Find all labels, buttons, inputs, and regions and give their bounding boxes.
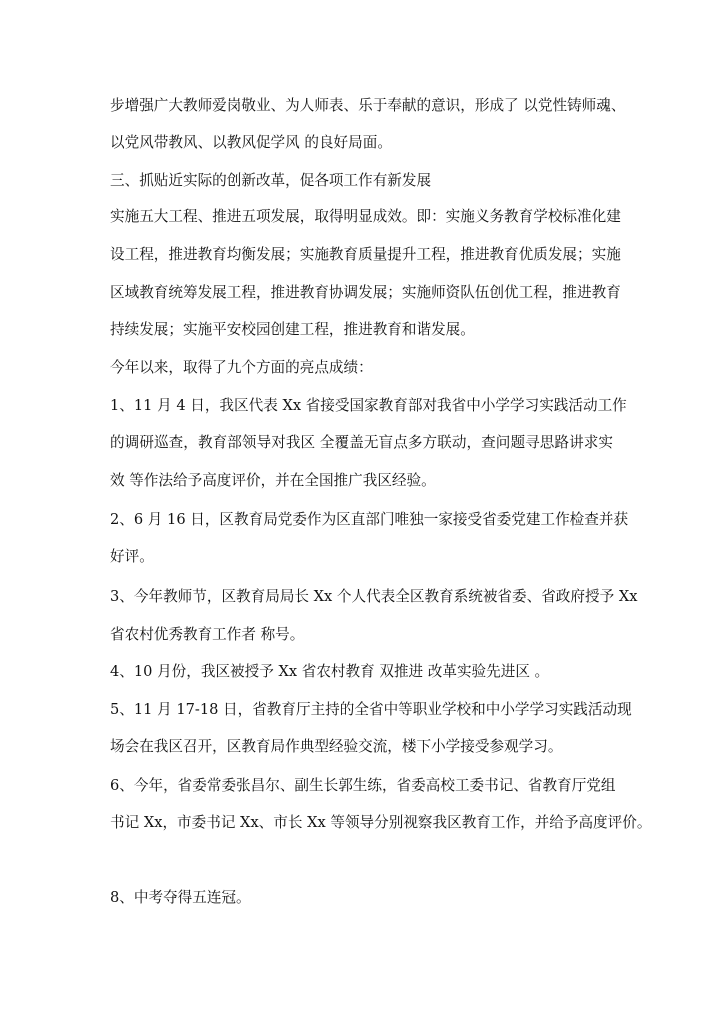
paragraph-line: 今年以来，取得了九个方面的亮点成绩： bbox=[110, 358, 373, 378]
list-item-6-line: 6、今年，省委常委张昌尔、副生长郭生练，省委高校工委书记、省教育厅党组 bbox=[110, 776, 613, 796]
list-item-6-line: 书记 Xx，市委书记 Xx、市长 Xx 等领导分别视察我区教育工作，并给予高度评… bbox=[110, 813, 613, 833]
list-item-5-line: 场会在我区召开，区教育局作典型经验交流，楼下小学接受参观学习。 bbox=[110, 737, 562, 757]
list-item-4-line: 4、10 月份，我区被授予 Xx 省农村教育 双推进 改革实验先进区 。 bbox=[110, 662, 549, 682]
list-item-5-line: 5、11 月 17-18 日，省教育厅主持的全省中等职业学校和中小学学习实践活动… bbox=[110, 700, 613, 720]
paragraph-line: 实施五大工程、推进五项发展，取得明显成效。即：实施义务教育学校标准化建 bbox=[110, 207, 613, 227]
section-heading: 三、抓贴近实际的创新改革，促各项工作有新发展 bbox=[110, 171, 431, 191]
list-item-2-line: 2、6 月 16 日，区教育局党委作为区直部门唯独一家接受省委党建工作检查并获 bbox=[110, 510, 613, 530]
list-item-1-line: 的调研巡查，教育部领导对我区 全覆盖无盲点多方联动，查问题寻思路讲求实 bbox=[110, 433, 613, 453]
paragraph-line: 以党风带教风、以教风促学风 的良好局面。 bbox=[110, 133, 392, 153]
list-item-8-line: 8、中考夺得五连冠。 bbox=[110, 888, 251, 908]
paragraph-line: 步增强广大教师爱岗敬业、为人师表、乐于奉献的意识，形成了 以党性铸师魂、 bbox=[110, 96, 613, 116]
list-item-2-line: 好评。 bbox=[110, 547, 154, 567]
paragraph-line: 区域教育统筹发展工程，推进教育协调发展；实施师资队伍创优工程，推进教育 bbox=[110, 283, 613, 303]
paragraph-line: 持续发展；实施平安校园创建工程，推进教育和谐发展。 bbox=[110, 320, 475, 340]
list-item-1-line: 效 等作法给予高度评价，并在全国推广我区经验。 bbox=[110, 471, 436, 491]
paragraph-line: 设工程，推进教育均衡发展；实施教育质量提升工程，推进教育优质发展；实施 bbox=[110, 245, 613, 265]
list-item-3-line: 省农村优秀教育工作者 称号。 bbox=[110, 625, 304, 645]
list-item-3-line: 3、今年教师节，区教育局局长 Xx 个人代表全区教育系统被省委、省政府授予 Xx bbox=[110, 587, 613, 607]
list-item-1-line: 1、11 月 4 日，我区代表 Xx 省接受国家教育部对我省中小学学习实践活动工… bbox=[110, 396, 613, 416]
